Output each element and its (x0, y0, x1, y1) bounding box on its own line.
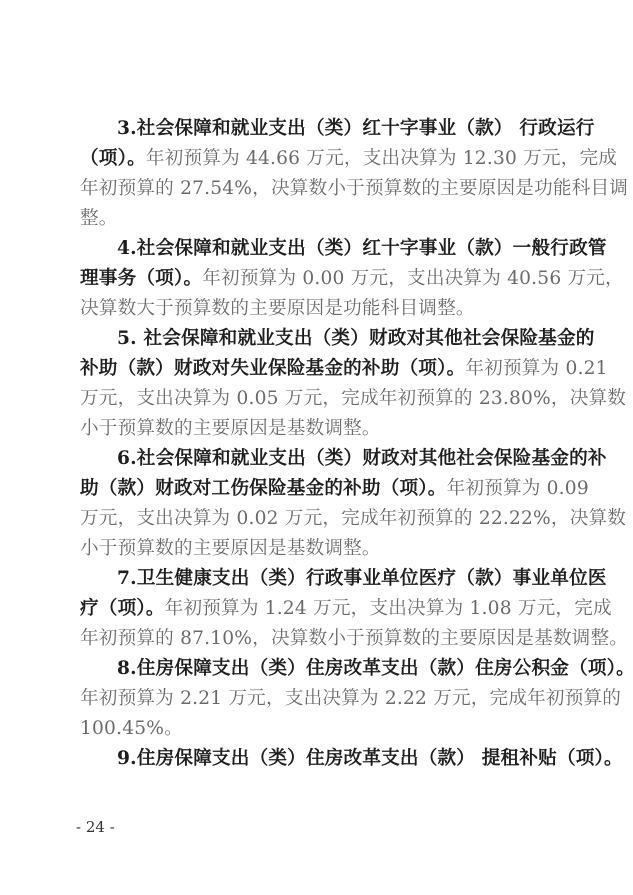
item-3-line-1: 3.社会保障和就业支出（类）红十字事业（款） 行政运行 (80, 114, 548, 144)
item-body: 整。 (80, 208, 118, 229)
item-5-line-3: 万元，支出决算为 0.05 万元，完成年初预算的 23.80%，决算数 (80, 384, 548, 414)
item-heading: 5. 社会保障和就业支出（类）财政对其他社会保险基金的 (117, 328, 595, 349)
item-3-line-4: 整。 (80, 204, 548, 234)
item-body: 小于预算数的主要原因是基数调整。 (80, 418, 381, 439)
item-heading: 6.社会保障和就业支出（类）财政对其他社会保险基金的补 (117, 448, 607, 469)
item-body: 年初预算为 0.21 (465, 358, 607, 379)
item-4-line-3: 决算数大于预算数的主要原因是功能科目调整。 (80, 294, 548, 324)
item-body: 万元，支出决算为 0.02 万元，完成年初预算的 22.22%，决算数 (80, 508, 626, 529)
item-heading: 4.社会保障和就业支出（类）红十字事业（款）一般行政管 (117, 238, 607, 259)
item-body: 决算数大于预算数的主要原因是功能科目调整。 (80, 298, 475, 319)
page-number: - 24 - (76, 818, 115, 836)
item-heading: （项）。 (80, 148, 146, 169)
item-body: 年初预算为 0.00 万元，支出决算为 40.56 万元， (202, 268, 624, 289)
item-4-line-2: 理事务（项）。年初预算为 0.00 万元，支出决算为 40.56 万元， (80, 264, 548, 294)
item-6-line-2: 助（款）财政对工伤保险基金的补助（项）。年初预算为 0.09 (80, 474, 548, 504)
item-body: 年初预算为 44.66 万元，支出决算为 12.30 万元，完成 (146, 148, 617, 169)
item-5-line-2: 补助（款）财政对失业保险基金的补助（项）。年初预算为 0.21 (80, 354, 548, 384)
item-7-line-2: 疗（项）。年初预算为 1.24 万元，支出决算为 1.08 万元，完成 (80, 594, 548, 624)
item-heading: 补助（款）财政对失业保险基金的补助（项）。 (80, 358, 465, 379)
item-body: 万元，支出决算为 0.05 万元，完成年初预算的 23.80%，决算数 (80, 388, 626, 409)
item-heading: 7.卫生健康支出（类）行政事业单位医疗（款）事业单位医 (117, 568, 607, 589)
item-7-line-3: 年初预算的 87.10%，决算数小于预算数的主要原因是基数调整。 (80, 624, 548, 654)
item-7-line-1: 7.卫生健康支出（类）行政事业单位医疗（款）事业单位医 (80, 564, 548, 594)
item-body: 年初预算为 1.24 万元，支出决算为 1.08 万元，完成 (165, 598, 612, 619)
item-8-line-3: 100.45%。 (80, 714, 548, 744)
item-body: 小于预算数的主要原因是基数调整。 (80, 538, 381, 559)
item-6-line-1: 6.社会保障和就业支出（类）财政对其他社会保险基金的补 (80, 444, 548, 474)
item-3-line-3: 年初预算的 27.54%，决算数小于预算数的主要原因是功能科目调 (80, 174, 548, 204)
item-8-line-2: 年初预算为 2.21 万元，支出决算为 2.22 万元，完成年初预算的 (80, 684, 548, 714)
item-heading: 疗（项）。 (80, 598, 165, 619)
item-body: 年初预算的 27.54%，决算数小于预算数的主要原因是功能科目调 (80, 178, 628, 199)
item-8-line-1: 8.住房保障支出（类）住房改革支出（款）住房公积金（项）。 (80, 654, 548, 684)
item-3-line-2: （项）。年初预算为 44.66 万元，支出决算为 12.30 万元，完成 (80, 144, 548, 174)
item-body: 年初预算为 2.21 万元，支出决算为 2.22 万元，完成年初预算的 (80, 688, 621, 709)
item-6-line-3: 万元，支出决算为 0.02 万元，完成年初预算的 22.22%，决算数 (80, 504, 548, 534)
item-body: 年初预算为 0.09 (447, 478, 589, 499)
item-heading: 9.住房保障支出（类）住房改革支出（款） 提租补贴（项）。 (117, 748, 623, 769)
item-heading: 助（款）财政对工伤保险基金的补助（项）。 (80, 478, 447, 499)
item-5-line-1: 5. 社会保障和就业支出（类）财政对其他社会保险基金的 (80, 324, 548, 354)
item-heading: 8.住房保障支出（类）住房改革支出（款）住房公积金（项）。 (117, 658, 633, 679)
item-body: 100.45%。 (80, 718, 183, 739)
item-5-line-4: 小于预算数的主要原因是基数调整。 (80, 414, 548, 444)
document-page: 3.社会保障和就业支出（类）红十字事业（款） 行政运行 （项）。年初预算为 44… (0, 0, 633, 895)
item-4-line-1: 4.社会保障和就业支出（类）红十字事业（款）一般行政管 (80, 234, 548, 264)
item-heading: 3.社会保障和就业支出（类）红十字事业（款） 行政运行 (117, 118, 595, 139)
item-6-line-4: 小于预算数的主要原因是基数调整。 (80, 534, 548, 564)
item-body: 年初预算的 87.10%，决算数小于预算数的主要原因是基数调整。 (80, 628, 628, 649)
item-heading: 理事务（项）。 (80, 268, 202, 289)
document-body: 3.社会保障和就业支出（类）红十字事业（款） 行政运行 （项）。年初预算为 44… (80, 114, 548, 774)
item-9-line-1: 9.住房保障支出（类）住房改革支出（款） 提租补贴（项）。 (80, 744, 548, 774)
